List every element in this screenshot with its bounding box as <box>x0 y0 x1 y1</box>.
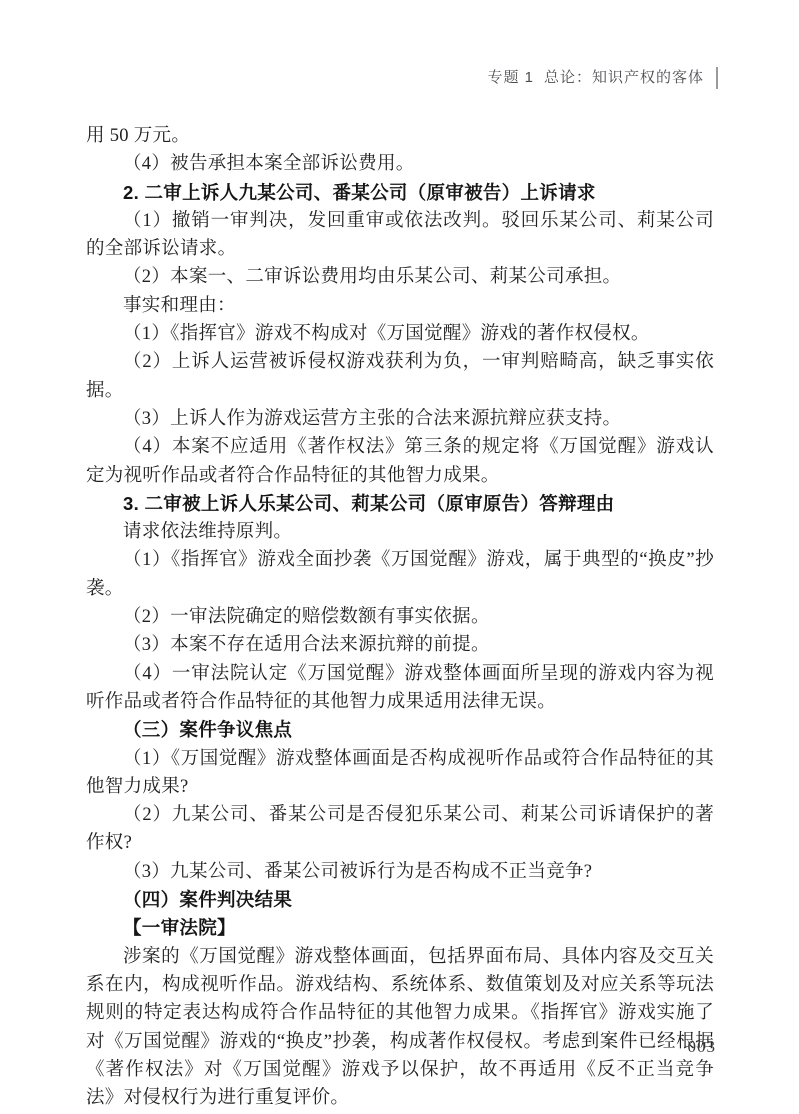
paragraph: （1）《万国觉醒》游戏整体画面是否构成视听作品或符合作品特征的其他智力成果? <box>86 745 714 802</box>
paragraph: （四）案件判决结果 <box>86 886 714 914</box>
paragraph: （三）案件争议焦点 <box>86 716 714 744</box>
running-header: 专题 1 总论：知识产权的客体 <box>487 67 718 89</box>
paragraph: （4）被告承担本案全部诉讼费用。 <box>86 150 714 178</box>
paragraph: （3）本案不存在适用合法来源抗辩的前提。 <box>86 631 714 659</box>
document-body: 用 50 万元。（4）被告承担本案全部诉讼费用。2. 二审上诉人九某公司、番某公… <box>86 122 714 1112</box>
paragraph: （3）上诉人作为游戏运营方主张的合法来源抗辩应获支持。 <box>86 405 714 433</box>
header-chapter-label: 专题 1 <box>487 67 534 89</box>
paragraph: 事实和理由： <box>86 292 714 320</box>
paragraph: （4）一审法院认定《万国觉醒》游戏整体画面所呈现的游戏内容为视听作品或者符合作品… <box>86 660 714 717</box>
paragraph: （2）上诉人运营被诉侵权游戏获利为负，一审判赔畸高，缺乏事实依据。 <box>86 348 714 405</box>
paragraph: （3）九某公司、番某公司被诉行为是否构成不正当竞争? <box>86 858 714 886</box>
paragraph: 3. 二审被上诉人乐某公司、莉某公司（原审原告）答辩理由 <box>86 490 714 518</box>
paragraph: （2）九某公司、番某公司是否侵犯乐某公司、莉某公司诉请保护的著作权? <box>86 801 714 858</box>
page-number: 003 <box>688 1037 717 1057</box>
paragraph: （1）撤销一审判决，发回重审或依法改判。驳回乐某公司、莉某公司的全部诉讼请求。 <box>86 207 714 264</box>
paragraph: （1）《指挥官》游戏全面抄袭《万国觉醒》游戏，属于典型的“换皮”抄袭。 <box>86 546 714 603</box>
paragraph: （2）一审法院确定的赔偿数额有事实依据。 <box>86 603 714 631</box>
paragraph: （1）《指挥官》游戏不构成对《万国觉醒》游戏的著作权侵权。 <box>86 320 714 348</box>
header-chapter-title: 总论：知识产权的客体 <box>544 67 704 89</box>
book-page: 专题 1 总论：知识产权的客体 用 50 万元。（4）被告承担本案全部诉讼费用。… <box>0 0 799 1114</box>
paragraph: （4）本案不应适用《著作权法》第三条的规定将《万国觉醒》游戏认定为视听作品或者符… <box>86 433 714 490</box>
paragraph: 涉案的《万国觉醒》游戏整体画面，包括界面布局、具体内容及交互关系在内，构成视听作… <box>86 943 714 1113</box>
paragraph: 用 50 万元。 <box>86 122 714 150</box>
header-divider-bar <box>716 67 718 89</box>
paragraph: （2）本案一、二审诉讼费用均由乐某公司、莉某公司承担。 <box>86 263 714 291</box>
paragraph: 2. 二审上诉人九某公司、番某公司（原审被告）上诉请求 <box>86 179 714 207</box>
paragraph: 【一审法院】 <box>86 914 714 942</box>
paragraph: 请求依法维持原判。 <box>86 518 714 546</box>
